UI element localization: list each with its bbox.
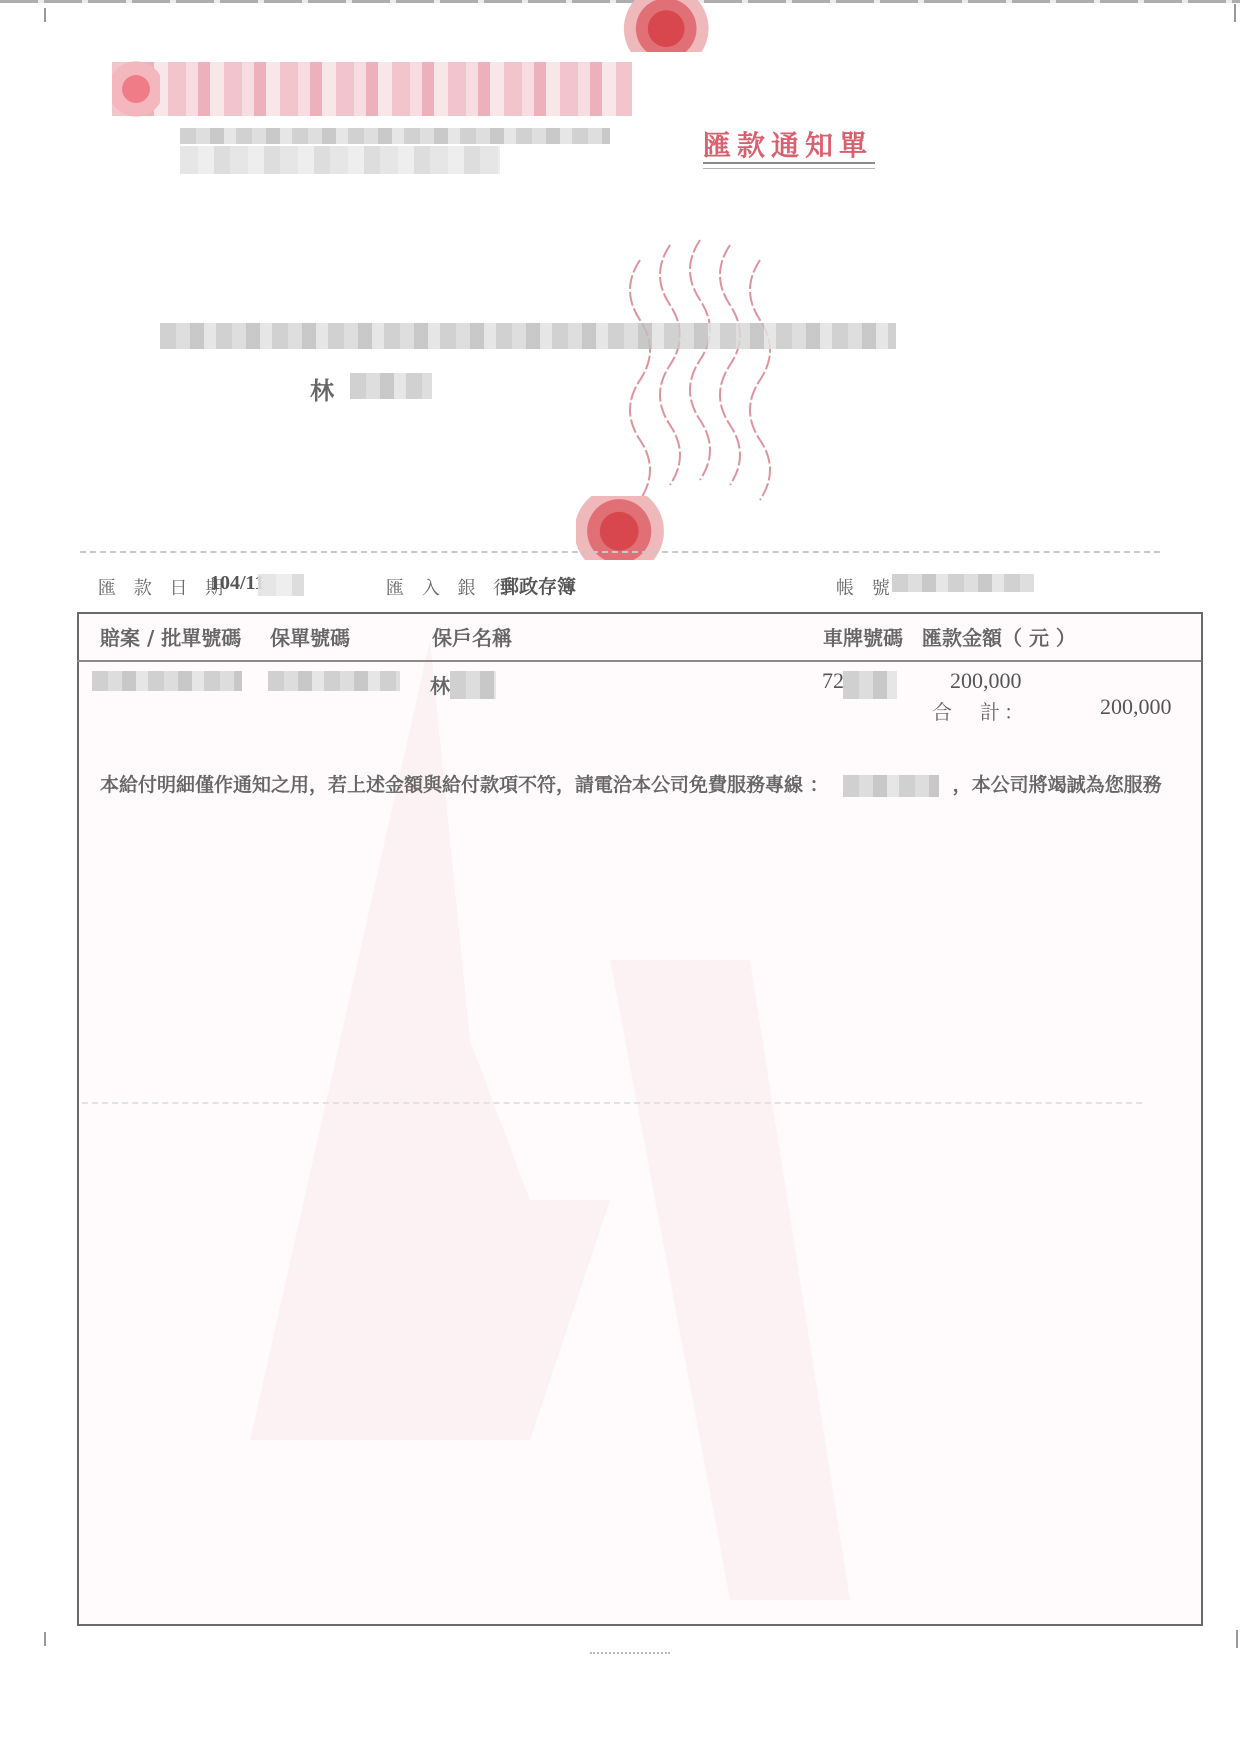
claim-no-redacted [92, 671, 242, 691]
company-name-redacted [112, 62, 632, 116]
row-amount: 200,000 [950, 668, 1022, 694]
company-seal-redacted [623, 0, 719, 52]
plate-no-prefix: 72 [822, 668, 844, 694]
account-label: 帳 號 [836, 574, 896, 600]
bank-value: 郵政存簿 [500, 572, 576, 599]
policy-no-redacted [268, 671, 400, 691]
scan-edge-tick [44, 1632, 46, 1646]
remittance-date-redacted [258, 574, 304, 596]
insured-name-redacted [450, 671, 496, 699]
col-header-amount: 匯款金額（ 元 ） [922, 622, 1076, 651]
scan-edge-tick [1236, 1630, 1238, 1648]
document-title: 匯款通知單 [703, 124, 873, 164]
col-header-insured-name: 保戶名稱 [432, 622, 512, 651]
total-amount: 200,000 [1100, 694, 1172, 720]
scan-artifact [590, 1652, 670, 1657]
company-address-redacted [180, 128, 610, 144]
company-address-redacted [180, 146, 500, 174]
plate-no-redacted [843, 671, 897, 699]
total-label: 合 計： [932, 696, 1028, 725]
insured-name-surname: 林 [430, 670, 450, 699]
notice-text: 本給付明細僅作通知之用，若上述金額與給付款項不符，請電洽本公司免費服務專線 ：，… [100, 770, 1162, 797]
recipient-name-redacted [350, 373, 432, 399]
bank-label: 匯 入 銀 行 [386, 574, 517, 600]
service-hotline-redacted [843, 775, 939, 797]
scan-top-edge [0, 0, 1240, 3]
notice-text-after: ，本公司將竭誠為您服務 [953, 774, 1162, 796]
table-header-divider [77, 660, 1201, 662]
fold-line [82, 1102, 1142, 1104]
col-header-policy-no: 保單號碼 [270, 622, 350, 651]
recipient-surname: 林 [310, 371, 334, 406]
scan-edge-tick [1234, 4, 1236, 22]
remittance-date-value: 104/11 [210, 572, 264, 595]
col-header-plate-no: 車牌號碼 [823, 622, 903, 651]
postmark-wave-icon [600, 200, 830, 540]
perforation-line [80, 551, 1160, 553]
recipient-address-redacted [160, 323, 896, 349]
account-number-redacted [892, 574, 1034, 592]
company-logo-redacted [112, 58, 160, 120]
title-underline [703, 162, 875, 169]
col-header-claim-no: 賠案 / 批單號碼 [100, 622, 241, 651]
notice-text-before: 本給付明細僅作通知之用，若上述金額與給付款項不符，請電洽本公司免費服務專線 ： [100, 774, 829, 796]
scan-edge-tick [44, 8, 46, 22]
